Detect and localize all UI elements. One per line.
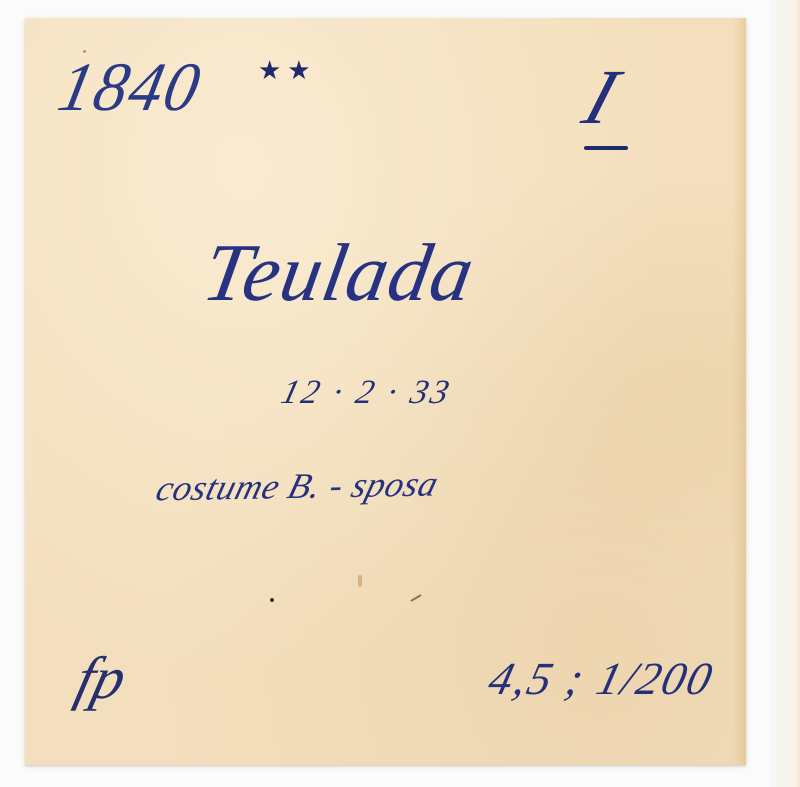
paper-stain (358, 575, 362, 587)
volume-underline (584, 146, 628, 150)
place-name: Teulada (198, 232, 481, 314)
date: 12 · 2 · 33 (278, 376, 455, 410)
backing-sheet (770, 0, 800, 787)
caption: costume B. - sposa (152, 466, 442, 507)
paper-speck (83, 50, 86, 53)
paper-speck (270, 598, 274, 602)
star-marks-icon: ★★ (258, 58, 317, 84)
exposure-settings: 4,5 ; 1/200 (484, 656, 718, 702)
catalog-number: 1840 (53, 53, 208, 122)
